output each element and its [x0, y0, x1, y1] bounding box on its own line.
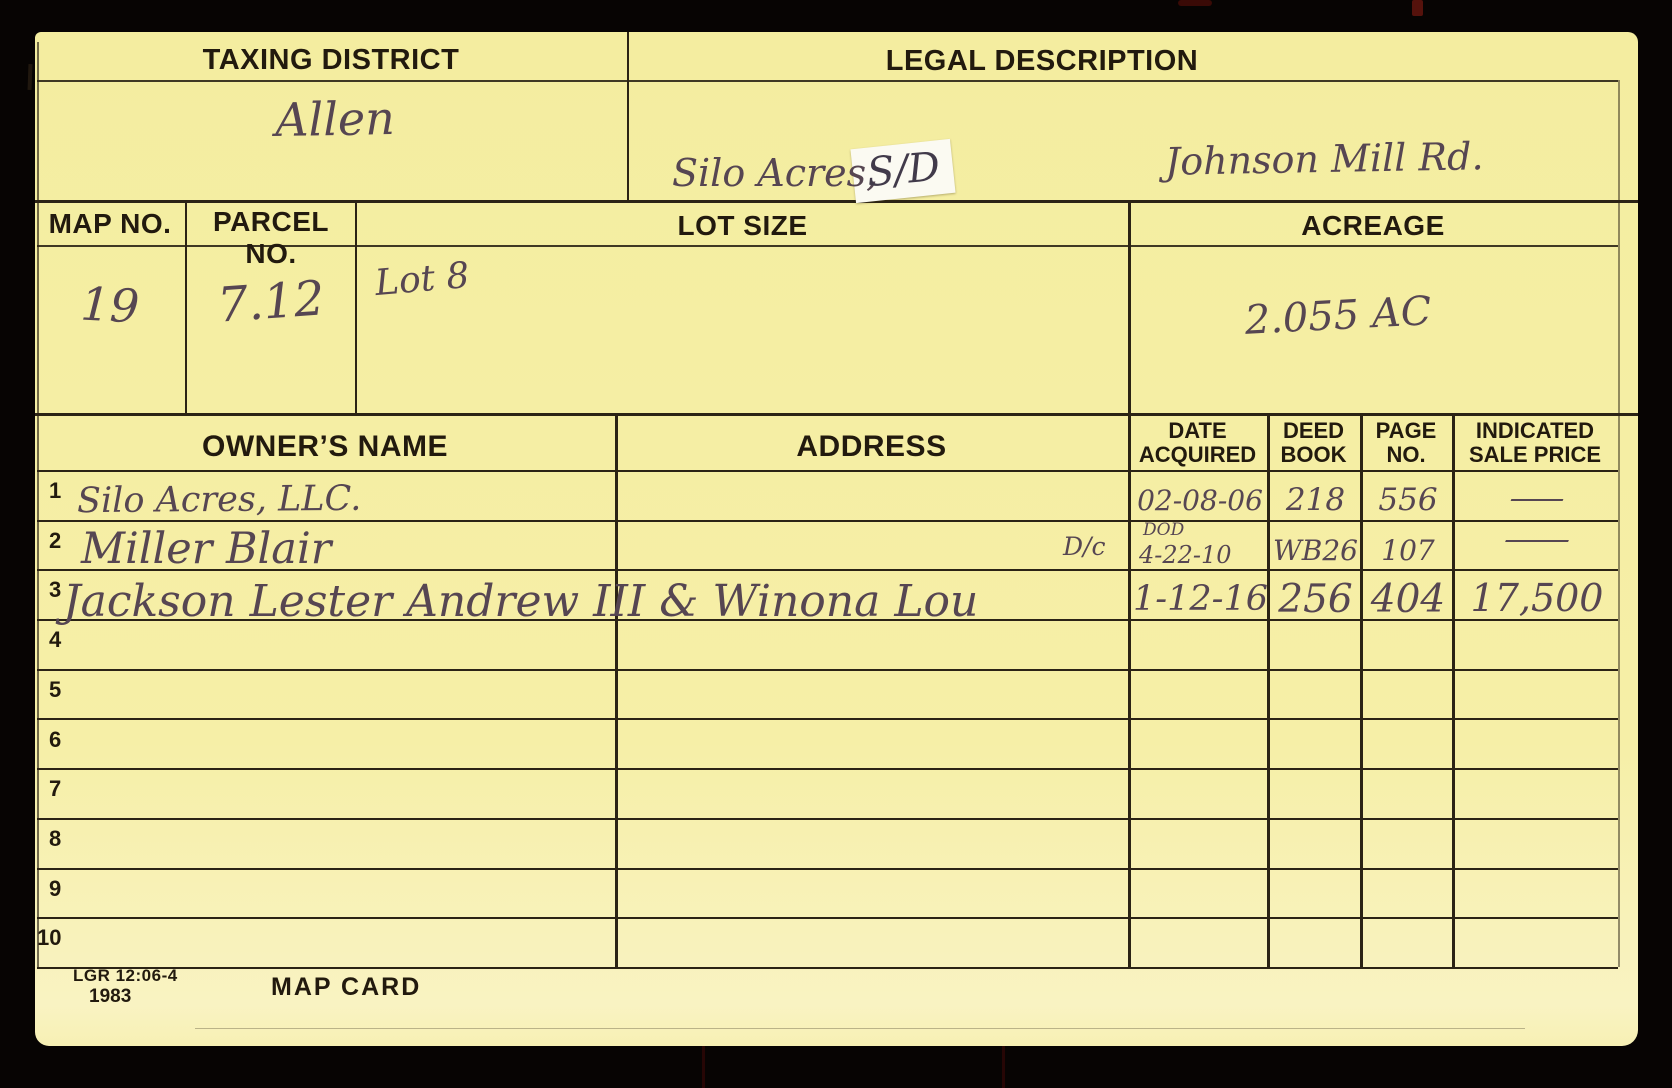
- owner-rows: 1 Silo Acres, LLC. 02-08-06 218 556 — 2 …: [37, 470, 1618, 967]
- lot-size-label: LOT SIZE: [355, 210, 1130, 242]
- address-header: ADDRESS: [615, 430, 1128, 464]
- legal-description-sticker-value: S/D: [865, 147, 941, 193]
- grid-line: [37, 80, 1618, 82]
- scan-artifact: [1412, 0, 1423, 16]
- row-number: 3: [49, 577, 61, 603]
- scan-artifact: [1178, 0, 1212, 6]
- deed-book-value: 256: [1269, 580, 1362, 619]
- scan-artifact: [702, 1046, 705, 1088]
- date-acquired-header: DATE ACQUIRED: [1128, 419, 1267, 467]
- sale-price-value: —: [1379, 484, 1672, 514]
- legal-description-label: LEGAL DESCRIPTION: [627, 45, 1457, 78]
- table-row: 6: [37, 719, 1618, 771]
- deed-header-line2: BOOK: [1267, 443, 1360, 467]
- sale-price-value: —: [1346, 525, 1672, 555]
- parcel-no-label: PARCEL NO.: [185, 206, 357, 270]
- scan-artifact: [1002, 1046, 1005, 1088]
- page-header-line2: NO.: [1360, 443, 1452, 467]
- price-header-line2: SALE PRICE: [1452, 443, 1618, 467]
- row-number: 2: [49, 528, 61, 554]
- row-number: 10: [37, 925, 61, 951]
- price-header-line1: INDICATED: [1452, 419, 1618, 443]
- grid-line: [1618, 80, 1620, 967]
- sale-price-value: 17,500: [1454, 579, 1620, 617]
- scanned-page: TAXING DISTRICT LEGAL DESCRIPTION MAP NO…: [0, 0, 1672, 1088]
- owner-name-value: Jackson Lester Andrew III & Winona Lou: [63, 580, 978, 624]
- row-number: 7: [49, 776, 61, 802]
- row-number: 9: [49, 876, 61, 902]
- sale-price-header: INDICATED SALE PRICE: [1452, 419, 1618, 467]
- deed-book-header: DEED BOOK: [1267, 419, 1360, 467]
- map-no-value: 19: [34, 278, 186, 332]
- page-no-header: PAGE NO.: [1360, 419, 1452, 467]
- map-no-label: MAP NO.: [35, 208, 185, 240]
- table-row: 2 Miller Blair D/c DOD 4-22-10 WB26 107 …: [37, 520, 1618, 572]
- page-header-line1: PAGE: [1360, 419, 1452, 443]
- row-number: 1: [49, 478, 61, 504]
- legal-description-road: Johnson Mill Rd.: [1165, 137, 1484, 181]
- parcel-no-value: 7.12: [186, 272, 357, 332]
- acreage-value: 2.055 AC: [1127, 285, 1549, 347]
- address-note: D/c: [1063, 534, 1105, 559]
- grid-line: [35, 200, 1638, 203]
- date-header-line1: DATE: [1128, 419, 1267, 443]
- owner-name-value: Miller Blair: [81, 528, 331, 571]
- date-header-line2: ACQUIRED: [1128, 443, 1267, 467]
- grid-line: [195, 1028, 1525, 1029]
- table-row: 3 Jackson Lester Andrew III & Winona Lou…: [37, 569, 1618, 621]
- page-no-value: 404: [1364, 580, 1452, 619]
- lot-size-value: Lot 8: [374, 258, 471, 302]
- scan-artifact: [28, 64, 33, 90]
- form-year: 1983: [89, 986, 131, 1008]
- date-note: DOD: [1143, 522, 1184, 539]
- date-acquired-value: 1-12-16: [1133, 582, 1267, 617]
- owner-name-value: Silo Acres, LLC.: [77, 481, 362, 518]
- form-code: LGR 12:06-4: [73, 966, 178, 986]
- legal-description-subdivision: Silo Acres,: [672, 154, 878, 192]
- card-title: MAP CARD: [271, 973, 421, 1002]
- owner-name-header: OWNER’S NAME: [35, 430, 615, 464]
- acreage-label: ACREAGE: [1128, 210, 1618, 242]
- taxing-district-value: Allen: [175, 93, 496, 145]
- deed-header-line1: DEED: [1267, 419, 1360, 443]
- grid-line: [35, 413, 1638, 416]
- date-acquired-value: 4-22-10: [1139, 543, 1273, 567]
- deed-book-value: 218: [1269, 485, 1362, 516]
- row-number: 5: [49, 677, 61, 703]
- table-row: 5: [37, 669, 1618, 721]
- table-row: 1 Silo Acres, LLC. 02-08-06 218 556 —: [37, 470, 1618, 522]
- table-row: 7: [37, 768, 1618, 820]
- map-card: TAXING DISTRICT LEGAL DESCRIPTION MAP NO…: [35, 32, 1638, 1046]
- date-acquired-value: 02-08-06: [1133, 487, 1267, 515]
- row-number: 6: [49, 727, 61, 753]
- taxing-district-label: TAXING DISTRICT: [35, 44, 627, 77]
- table-row: 9: [37, 868, 1618, 920]
- table-row: 10: [37, 917, 1618, 969]
- row-number: 8: [49, 826, 61, 852]
- row-number: 4: [49, 627, 61, 653]
- table-row: 8: [37, 818, 1618, 870]
